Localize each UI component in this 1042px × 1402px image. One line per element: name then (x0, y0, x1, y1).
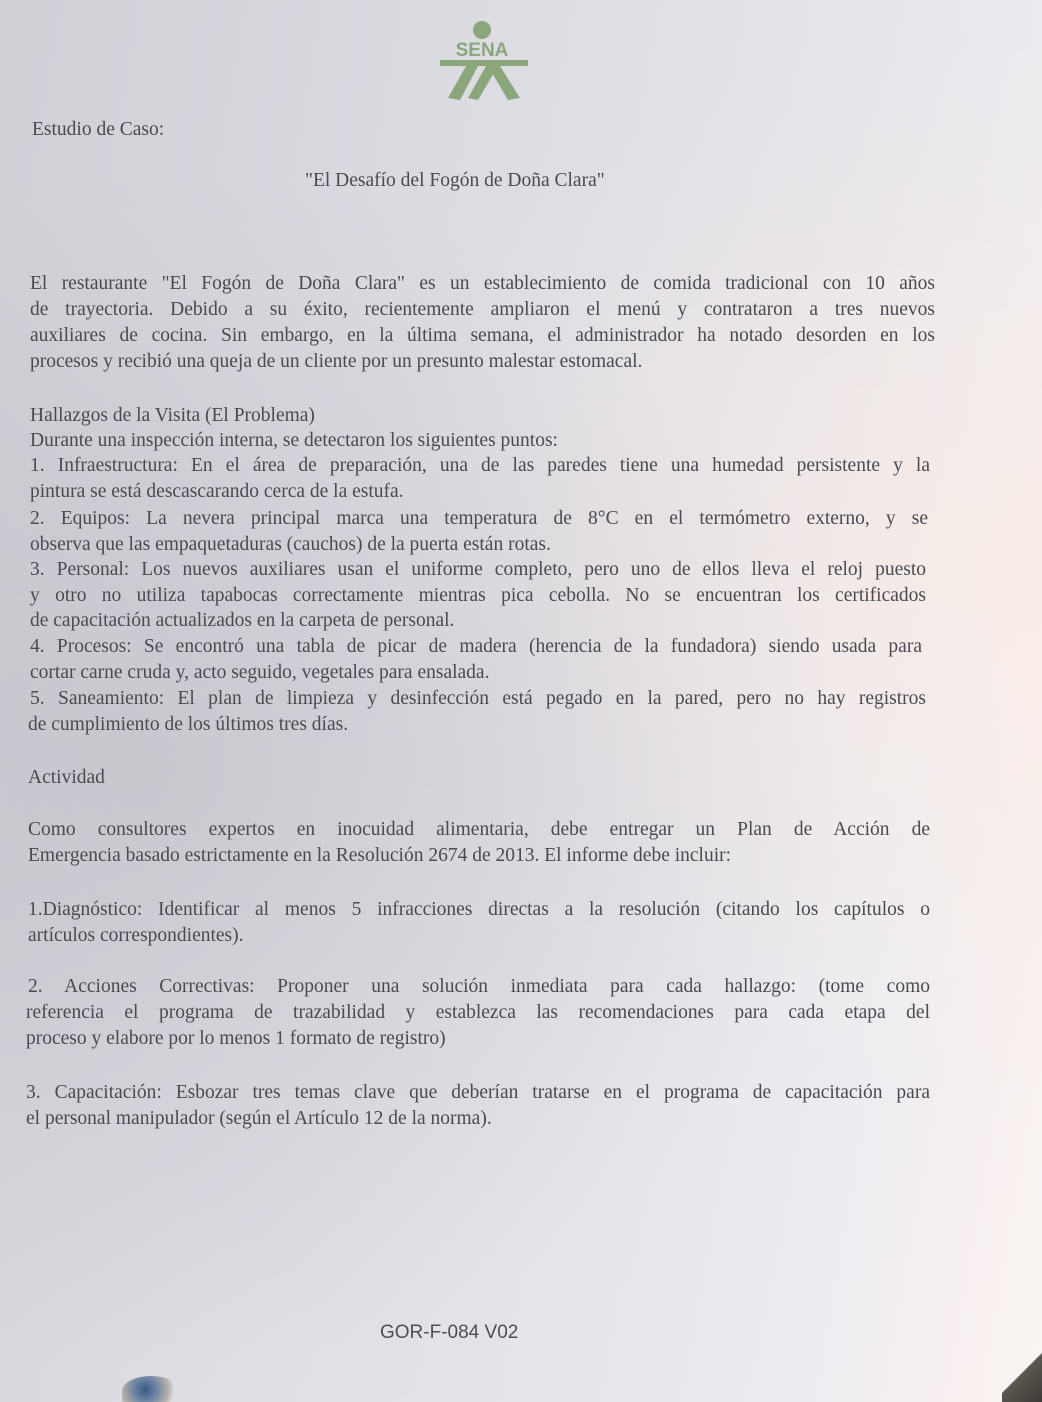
activity-item-diagnostico: artículos correspondientes). (28, 923, 244, 949)
finding-line: pintura se está descascarando cerca de l… (30, 479, 404, 505)
sena-logo-icon: SENA (438, 20, 530, 104)
object-in-frame (122, 1376, 180, 1402)
activity-item-acciones: referencia el programa de trazabilidad y… (26, 1000, 930, 1026)
findings-heading: Hallazgos de la Visita (El Problema) (30, 403, 315, 429)
svg-text:SENA: SENA (456, 40, 509, 61)
page-corner-shadow (1002, 1342, 1042, 1402)
activity-intro-line: Emergencia basado estrictamente en la Re… (28, 843, 731, 869)
finding-line: 5. Saneamiento: El plan de limpieza y de… (30, 686, 926, 712)
document-title: "El Desafío del Fogón de Doña Clara" (305, 168, 605, 194)
finding-line: 3. Personal: Los nuevos auxiliares usan … (30, 557, 926, 583)
activity-item-capacitacion: 3. Capacitación: Esbozar tres temas clav… (26, 1080, 930, 1106)
activity-heading: Actividad (28, 765, 105, 791)
document-code: GOR-F-084 V02 (380, 1322, 518, 1344)
finding-line: 2. Equipos: La nevera principal marca un… (30, 506, 928, 532)
finding-line: 4. Procesos: Se encontró una tabla de pi… (30, 634, 922, 660)
finding-line: y otro no utiliza tapabocas correctament… (30, 583, 926, 609)
activity-item-acciones: 2. Acciones Correctivas: Proponer una so… (28, 974, 930, 1000)
activity-intro-line: Como consultores expertos en inocuidad a… (28, 817, 930, 843)
finding-line: 1. Infraestructura: En el área de prepar… (30, 453, 930, 479)
findings-lead: Durante una inspección interna, se detec… (30, 428, 558, 454)
activity-item-acciones: proceso y elabore por lo menos 1 formato… (26, 1026, 446, 1052)
finding-line: cortar carne cruda y, acto seguido, vege… (30, 660, 489, 686)
intro-line: de trayectoria. Debido a su éxito, recie… (30, 297, 935, 323)
activity-item-diagnostico: 1.Diagnóstico: Identificar al menos 5 in… (28, 897, 930, 923)
finding-line: observa que las empaquetaduras (cauchos)… (30, 532, 551, 558)
intro-line: auxiliares de cocina. Sin embargo, en la… (30, 323, 935, 349)
intro-line: procesos y recibió una queja de un clien… (30, 349, 642, 375)
intro-line: El restaurante "El Fogón de Doña Clara" … (30, 271, 935, 297)
case-study-label: Estudio de Caso: (32, 117, 164, 143)
activity-item-capacitacion: el personal manipulador (según el Artícu… (26, 1106, 492, 1132)
finding-line: de cumplimiento de los últimos tres días… (28, 712, 348, 738)
finding-line: de capacitación actualizados en la carpe… (30, 608, 454, 634)
